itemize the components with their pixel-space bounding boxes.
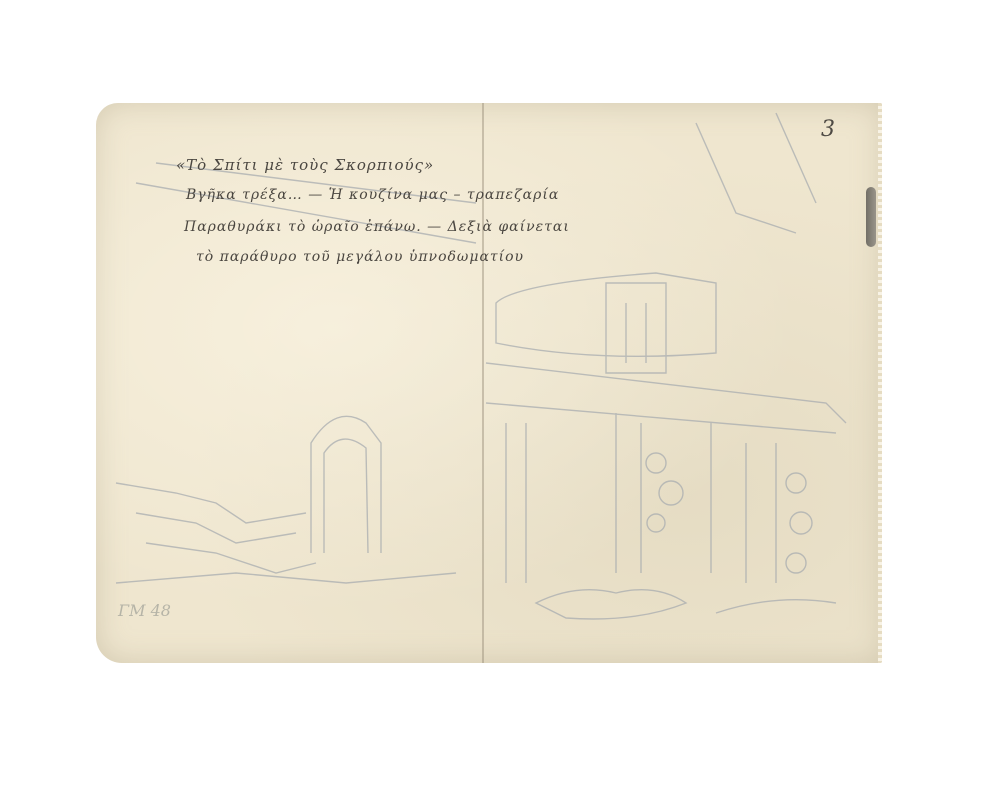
handwritten-line-3: τὸ παράθυρο τοῦ μεγάλου ὑπνοδωματίου <box>196 249 524 265</box>
sketchbook-page: 3 «Τὸ Σπίτι μὲ τοὺς Σκορπιούς» Βγῆκα τρέ… <box>96 103 882 663</box>
handwritten-title: «Τὸ Σπίτι μὲ τοὺς Σκορπιούς» <box>176 156 434 174</box>
page-number: 3 <box>821 117 835 142</box>
handwritten-line-2: Παραθυράκι τὸ ὡραῖο ἐπάνω. — Δεξιὰ φαίνε… <box>184 219 570 235</box>
handwritten-line-1: Βγῆκα τρέξα… — Ἡ κουζίνα μας – τραπεζαρί… <box>186 187 559 203</box>
faint-signature: ΓΜ 48 <box>118 601 171 620</box>
